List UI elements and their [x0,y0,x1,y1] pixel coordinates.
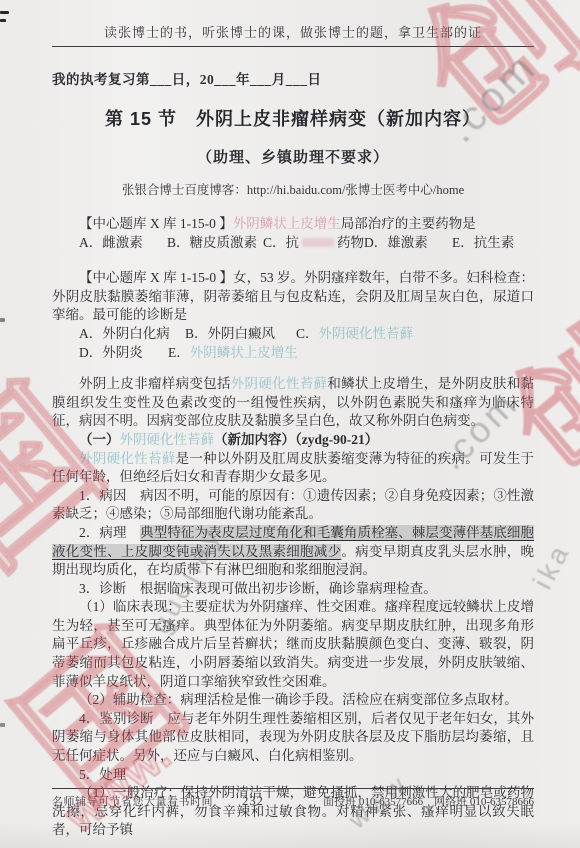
scan-artifact [0,318,5,322]
answer-option: C．抗药物 [263,234,364,253]
paragraph: 外阴硬化性苔藓是一种以外阴及肛周皮肤萎缩变薄为特征的疾病。可发生于任何年龄，但绝… [52,450,534,487]
question-2-options-row2: D．外阴炎E．外阴鳞状上皮增生 [52,344,534,363]
hidden-stem-text: 外阴鳞状上皮增生 [233,216,341,231]
blog-link-line: 张银合博士百度博客：http://hi.baidu.com/张博士医考中心/ho… [52,180,534,198]
paragraph: 外阴上皮非瘤样病变包括外阴硬化性苔藓和鳞状上皮增生，是外阴皮肤和黏膜组织发生变性… [52,375,534,431]
page-content: 读张博士的书，听张博士的课，做张博士的题，拿卫生部的证 我的执考复习第___日，… [52,0,534,840]
answer-option: A．外阴白化病 [79,325,185,344]
paragraph: 2．病理 典型特征为表皮层过度角化和毛囊角质栓塞、棘层变薄伴基底细胞液化变性、上… [52,524,534,580]
page: 读张博士的书，听张博士的课，做张博士的题，拿卫生部的证 我的执考复习第___日，… [0,0,580,848]
answer-option: D．外阴炎 [79,344,168,363]
question-1-options: A．雌激素B．糖皮质激素C．抗药物D．雄激素E．抗生素 [52,234,534,253]
answer-option: B．外阴白癜风 [185,325,296,344]
hidden-option-text: 外阴硬化性苔藓 [319,326,414,341]
hidden-option-text: 外阴鳞状上皮增生 [190,345,298,360]
paragraph: （1）临床表现：主要症状为外阴瘙痒、性交困难。瘙痒程度远较鳞状上皮增生为轻，甚至… [52,598,534,691]
answer-option: C．外阴硬化性苔藓 [296,325,413,344]
body-text: 外阴上皮非瘤样病变包括外阴硬化性苔藓和鳞状上皮增生，是外阴皮肤和黏膜组织发生变性… [52,375,534,840]
answer-option: B．糖皮质激素 [167,234,263,253]
scan-artifact [0,19,6,22]
question-1-stem: 【中心题库 X 库 1-15-0 】外阴鳞状上皮增生局部治疗的主要药物是 [52,215,534,234]
paragraph: 5．处理 [52,766,534,785]
page-number: 232 [242,794,264,809]
section-title: 第 15 节 外阴上皮非瘤样病变（新加内容） [52,105,534,131]
watermark-gray-url: ika [528,538,575,593]
paragraph: （2）辅助检查：病理活检是惟一确诊手段。活检应在病变部位多点取材。 [52,691,534,710]
scan-artifact [0,11,9,14]
question-1: 【中心题库 X 库 1-15-0 】外阴鳞状上皮增生局部治疗的主要药物是 A．雌… [52,215,534,252]
question-2-options-row1: A．外阴白化病B．外阴白癜风C．外阴硬化性苔藓 [52,325,534,344]
review-progress-line: 我的执考复习第___日，20___年___月___日 [52,68,534,88]
answer-option: A．雌激素 [79,234,167,253]
question-2: 【中心题库 X 库 1-15-0 】女，53 岁。外阴瘙痒数年，白带不多。妇科检… [52,269,534,362]
paragraph: （一）外阴硬化性苔藓（新加内容）（zydg-90-21） [52,431,534,450]
paragraph: 1．病因 病因不明，可能的原因有：①遗传因素；②自身免疫因素；③性激素缺乏；④感… [52,487,534,524]
section-subtitle: （助理、乡镇助理不要求） [52,146,534,167]
footer: 名师辅导可节省您大量看书时间 232 面授班 010-63577666 网络班 … [52,788,534,809]
answer-option: E．外阴鳞状上皮增生 [168,344,298,363]
header-slogan: 读张博士的书，听张博士的课，做张博士的题，拿卫生部的证 [52,22,534,47]
scan-artifact [0,723,5,727]
footer-contact: 面授班 010-63577666 网络班 010-63578666 [304,793,534,809]
answer-option: D．雄激素 [364,234,452,253]
paragraph: 4．鉴别诊断 应与老年外阴生理性萎缩相区别，后者仅见于老年妇女，其外阴萎缩与身体… [52,710,534,766]
paragraph: 3．诊断 根据临床表现可做出初步诊断，确诊靠病理检查。 [52,580,534,599]
answer-option: E．抗生素 [452,234,514,253]
hidden-word-smudge [302,238,334,247]
question-2-stem: 【中心题库 X 库 1-15-0 】女，53 岁。外阴瘙痒数年，白带不多。妇科检… [52,269,534,325]
